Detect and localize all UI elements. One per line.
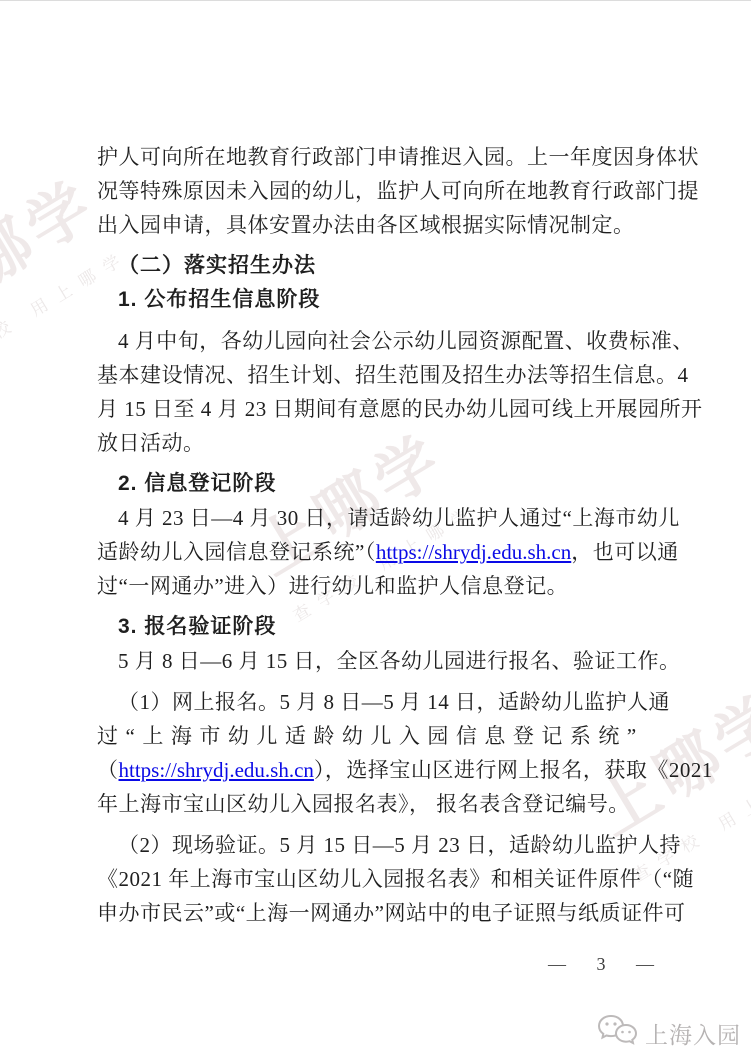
doc-text-segment: ，也可以通 bbox=[571, 540, 679, 564]
doc-text-line: （1）网上报名。5 月 8 日—5 月 14 日，适龄幼儿监护人通 bbox=[97, 685, 665, 719]
doc-text-segment: 基本建设情况、招生计划、招生范围及招生办法等招生信息。4 bbox=[97, 363, 689, 387]
brand-logo: 上海入园 bbox=[597, 1013, 741, 1054]
doc-text-segment: 5 月 8 日—6 月 15 日，全区各幼儿园进行报名、验证工作。 bbox=[118, 649, 681, 673]
document-page: 上哪学查学校 用上哪学上哪学查学校 用上哪学上哪学查学校 用上哪学 护人可向所在… bbox=[0, 0, 751, 1063]
doc-text-segment: （1）网上报名。5 月 8 日—5 月 14 日，适龄幼儿监护人通 bbox=[118, 690, 670, 714]
doc-text-line: 月 15 日至 4 月 23 日期间有意愿的民办幼儿园可线上开展园所开 bbox=[97, 392, 665, 426]
doc-text-segment: 适龄幼儿入园信息登记系统”（ bbox=[97, 540, 376, 564]
doc-text-segment: 月 15 日至 4 月 23 日期间有意愿的民办幼儿园可线上开展园所开 bbox=[97, 397, 703, 421]
doc-text-line: 5 月 8 日—6 月 15 日，全区各幼儿园进行报名、验证工作。 bbox=[97, 644, 665, 678]
doc-text-segment: 《2021 年上海市宝山区幼儿入园报名表》和相关证件原件（“随 bbox=[97, 867, 694, 891]
chat-bubbles-icon bbox=[597, 1013, 639, 1054]
doc-heading-line: （二）落实招生办法 bbox=[97, 249, 665, 283]
doc-text-segment: 况等特殊原因未入园的幼儿，监护人可向所在地教育行政部门提 bbox=[97, 179, 699, 203]
doc-text-line: 《2021 年上海市宝山区幼儿入园报名表》和相关证件原件（“随 bbox=[97, 862, 665, 896]
doc-heading-line: 2. 信息登记阶段 bbox=[97, 467, 665, 501]
doc-text-line: （2）现场验证。5 月 15 日—5 月 23 日，适龄幼儿监护人持 bbox=[97, 828, 665, 862]
doc-text-line: 过“一网通办”进入）进行幼儿和监护人信息登记。 bbox=[97, 569, 665, 603]
doc-text-segment: 2. 信息登记阶段 bbox=[118, 472, 276, 495]
registration-system-link[interactable]: https://shrydj.edu.sh.cn bbox=[119, 758, 314, 782]
brand-name: 上海入园 bbox=[645, 1017, 741, 1050]
doc-text-segment: （二）落实招生办法 bbox=[118, 254, 316, 277]
doc-text-segment: 过“上海市幼儿适龄幼儿入园信息登记系统” bbox=[97, 724, 644, 748]
doc-text-line: 适龄幼儿入园信息登记系统”（https://shrydj.edu.sh.cn，也… bbox=[97, 535, 665, 569]
doc-text-segment: 出入园申请，具体安置办法由各区域根据实际情况制定。 bbox=[97, 213, 635, 237]
page-number: — 3 — bbox=[548, 954, 656, 975]
doc-text-line: 放日活动。 bbox=[97, 426, 665, 460]
registration-system-link[interactable]: https://shrydj.edu.sh.cn bbox=[376, 540, 571, 564]
doc-text-segment: 年上海市宝山区幼儿入园报名表》， 报名表含登记编号。 bbox=[97, 792, 630, 816]
doc-text-line: 护人可向所在地教育行政部门申请推迟入园。上一年度因身体状 bbox=[97, 140, 665, 174]
doc-text-line: 过“上海市幼儿适龄幼儿入园信息登记系统” bbox=[97, 719, 665, 753]
doc-text-segment: 4 月 23 日—4 月 30 日，请适龄幼儿监护人通过“上海市幼儿 bbox=[118, 506, 680, 530]
doc-text-segment: 1. 公布招生信息阶段 bbox=[118, 288, 320, 311]
doc-heading-line: 1. 公布招生信息阶段 bbox=[97, 283, 665, 317]
doc-text-segment: （2）现场验证。5 月 15 日—5 月 23 日，适龄幼儿监护人持 bbox=[118, 833, 681, 857]
doc-text-line: 4 月中旬，各幼儿园向社会公示幼儿园资源配置、收费标准、 bbox=[97, 324, 665, 358]
doc-text-line: 年上海市宝山区幼儿入园报名表》， 报名表含登记编号。 bbox=[97, 787, 665, 821]
doc-heading-line: 3. 报名验证阶段 bbox=[97, 610, 665, 644]
doc-text-segment: 3. 报名验证阶段 bbox=[118, 615, 276, 638]
doc-text-segment: 护人可向所在地教育行政部门申请推迟入园。上一年度因身体状 bbox=[97, 145, 699, 169]
doc-text-segment: 申办市民云”或“上海一网通办”网站中的电子证照与纸质证件可 bbox=[97, 901, 685, 925]
doc-text-segment: 过“一网通办”进入）进行幼儿和监护人信息登记。 bbox=[97, 574, 568, 598]
doc-text-line: 出入园申请，具体安置办法由各区域根据实际情况制定。 bbox=[97, 208, 665, 242]
doc-text-line: 况等特殊原因未入园的幼儿，监护人可向所在地教育行政部门提 bbox=[97, 174, 665, 208]
doc-text-segment: （ bbox=[97, 758, 119, 782]
doc-text-segment: ），选择宝山区进行网上报名，获取《2021 bbox=[314, 758, 713, 782]
doc-text-line: 申办市民云”或“上海一网通办”网站中的电子证照与纸质证件可 bbox=[97, 896, 665, 930]
doc-text-segment: 放日活动。 bbox=[97, 431, 205, 455]
doc-text-segment: 4 月中旬，各幼儿园向社会公示幼儿园资源配置、收费标准、 bbox=[118, 329, 694, 353]
document-content: 护人可向所在地教育行政部门申请推迟入园。上一年度因身体状况等特殊原因未入园的幼儿… bbox=[0, 1, 751, 930]
doc-text-line: 4 月 23 日—4 月 30 日，请适龄幼儿监护人通过“上海市幼儿 bbox=[97, 501, 665, 535]
doc-text-line: （https://shrydj.edu.sh.cn），选择宝山区进行网上报名，获… bbox=[97, 753, 665, 787]
doc-text-line: 基本建设情况、招生计划、招生范围及招生办法等招生信息。4 bbox=[97, 358, 665, 392]
